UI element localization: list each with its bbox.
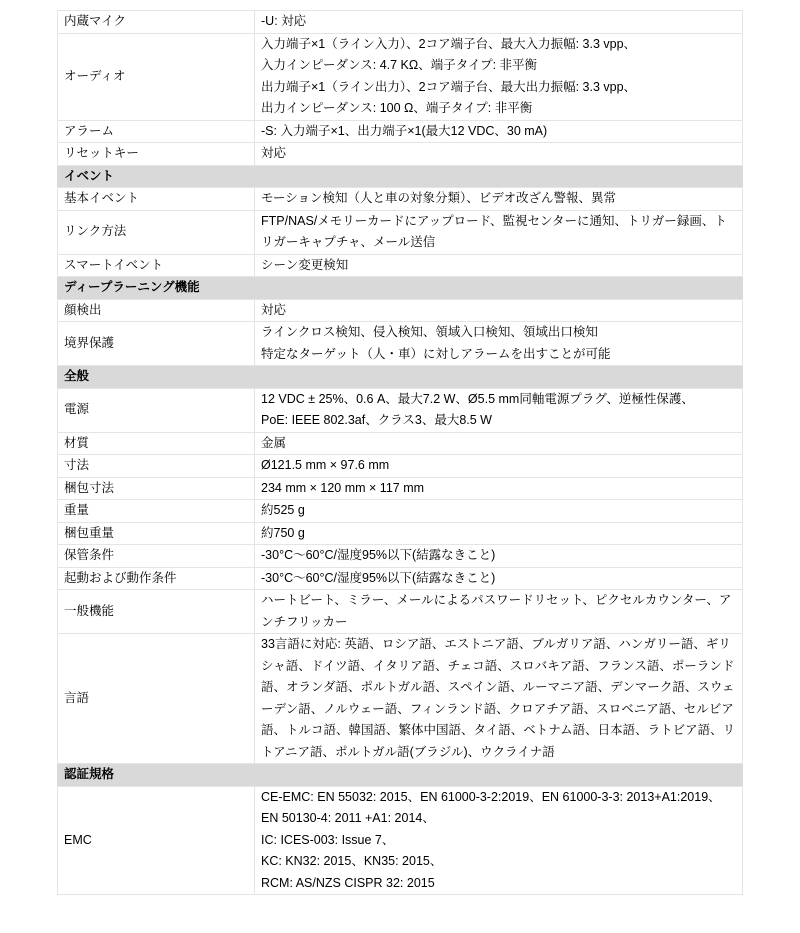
spec-value: ハートビート、ミラー、メールによるパスワードリセット、ピクセルカウンター、アンチ…	[255, 590, 743, 634]
spec-label: 起動および動作条件	[58, 567, 255, 590]
table-row: 一般機能ハートビート、ミラー、メールによるパスワードリセット、ピクセルカウンター…	[58, 590, 743, 634]
spec-value: Ø121.5 mm × 97.6 mm	[255, 455, 743, 478]
spec-label: 顔検出	[58, 299, 255, 322]
spec-value: FTP/NAS/メモリーカードにアップロード、監視センターに通知、トリガー録画、…	[255, 210, 743, 254]
spec-label: オーディオ	[58, 33, 255, 120]
spec-value: -30°C～60°C/湿度95%以下(結露なきこと)	[255, 567, 743, 590]
spec-value: 約525 g	[255, 500, 743, 523]
spec-value: 約750 g	[255, 522, 743, 545]
spec-value: 入力端子×1（ライン入力）、2コア端子台、最大入力振幅: 3.3 vpp、 入力…	[255, 33, 743, 120]
spec-label: 境界保護	[58, 322, 255, 366]
table-row: アラーム-S: 入力端子×1、出力端子×1(最大12 VDC、30 mA)	[58, 120, 743, 143]
section-title: 全般	[58, 366, 743, 389]
spec-value: -S: 入力端子×1、出力端子×1(最大12 VDC、30 mA)	[255, 120, 743, 143]
table-row: 梱包寸法234 mm × 120 mm × 117 mm	[58, 477, 743, 500]
table-row: リンク方法FTP/NAS/メモリーカードにアップロード、監視センターに通知、トリ…	[58, 210, 743, 254]
section-row: ディープラーニング機能	[58, 277, 743, 300]
table-row: 言語33言語に対応: 英語、ロシア語、エストニア語、ブルガリア語、ハンガリー語、…	[58, 634, 743, 764]
spec-label: 梱包寸法	[58, 477, 255, 500]
spec-value: 12 VDC ± 25%、0.6 A、最大7.2 W、Ø5.5 mm同軸電源プラ…	[255, 388, 743, 432]
spec-label: 基本イベント	[58, 188, 255, 211]
table-row: EMCCE-EMC: EN 55032: 2015、EN 61000-3-2:2…	[58, 786, 743, 895]
spec-label: 言語	[58, 634, 255, 764]
spec-label: 電源	[58, 388, 255, 432]
spec-value: -30°C～60°C/湿度95%以下(結露なきこと)	[255, 545, 743, 568]
table-row: 境界保護ラインクロス検知、侵入検知、領域入口検知、領域出口検知 特定なターゲット…	[58, 322, 743, 366]
table-row: 重量約525 g	[58, 500, 743, 523]
section-row: イベント	[58, 165, 743, 188]
spec-table-body: 内蔵マイク-U: 対応オーディオ入力端子×1（ライン入力）、2コア端子台、最大入…	[58, 11, 743, 895]
spec-value: -U: 対応	[255, 11, 743, 34]
spec-table: 内蔵マイク-U: 対応オーディオ入力端子×1（ライン入力）、2コア端子台、最大入…	[57, 10, 743, 895]
spec-label: 重量	[58, 500, 255, 523]
spec-value: ラインクロス検知、侵入検知、領域入口検知、領域出口検知 特定なターゲット（人・車…	[255, 322, 743, 366]
table-row: 電源12 VDC ± 25%、0.6 A、最大7.2 W、Ø5.5 mm同軸電源…	[58, 388, 743, 432]
spec-value: CE-EMC: EN 55032: 2015、EN 61000-3-2:2019…	[255, 786, 743, 895]
spec-label: 一般機能	[58, 590, 255, 634]
table-row: 材質金属	[58, 432, 743, 455]
spec-value: 234 mm × 120 mm × 117 mm	[255, 477, 743, 500]
spec-label: リセットキー	[58, 143, 255, 166]
spec-label: 材質	[58, 432, 255, 455]
spec-value: 対応	[255, 299, 743, 322]
spec-value: 対応	[255, 143, 743, 166]
spec-label: アラーム	[58, 120, 255, 143]
spec-label: 寸法	[58, 455, 255, 478]
spec-label: 内蔵マイク	[58, 11, 255, 34]
spec-value: モーション検知（人と車の対象分類）、ビデオ改ざん警報、異常	[255, 188, 743, 211]
spec-label: スマートイベント	[58, 254, 255, 277]
spec-value: 33言語に対応: 英語、ロシア語、エストニア語、ブルガリア語、ハンガリー語、ギリ…	[255, 634, 743, 764]
spec-value: 金属	[255, 432, 743, 455]
section-title: 認証規格	[58, 764, 743, 787]
table-row: 基本イベントモーション検知（人と車の対象分類）、ビデオ改ざん警報、異常	[58, 188, 743, 211]
section-title: ディープラーニング機能	[58, 277, 743, 300]
table-row: 起動および動作条件-30°C～60°C/湿度95%以下(結露なきこと)	[58, 567, 743, 590]
spec-label: リンク方法	[58, 210, 255, 254]
table-row: 保管条件-30°C～60°C/湿度95%以下(結露なきこと)	[58, 545, 743, 568]
table-row: 顔検出対応	[58, 299, 743, 322]
table-row: 寸法Ø121.5 mm × 97.6 mm	[58, 455, 743, 478]
table-row: リセットキー対応	[58, 143, 743, 166]
table-row: オーディオ入力端子×1（ライン入力）、2コア端子台、最大入力振幅: 3.3 vp…	[58, 33, 743, 120]
section-row: 全般	[58, 366, 743, 389]
spec-label: 梱包重量	[58, 522, 255, 545]
section-row: 認証規格	[58, 764, 743, 787]
spec-sheet-page: 内蔵マイク-U: 対応オーディオ入力端子×1（ライン入力）、2コア端子台、最大入…	[0, 0, 800, 933]
spec-value: シーン変更検知	[255, 254, 743, 277]
spec-label: EMC	[58, 786, 255, 895]
section-title: イベント	[58, 165, 743, 188]
spec-label: 保管条件	[58, 545, 255, 568]
table-row: 梱包重量約750 g	[58, 522, 743, 545]
table-row: スマートイベントシーン変更検知	[58, 254, 743, 277]
table-row: 内蔵マイク-U: 対応	[58, 11, 743, 34]
